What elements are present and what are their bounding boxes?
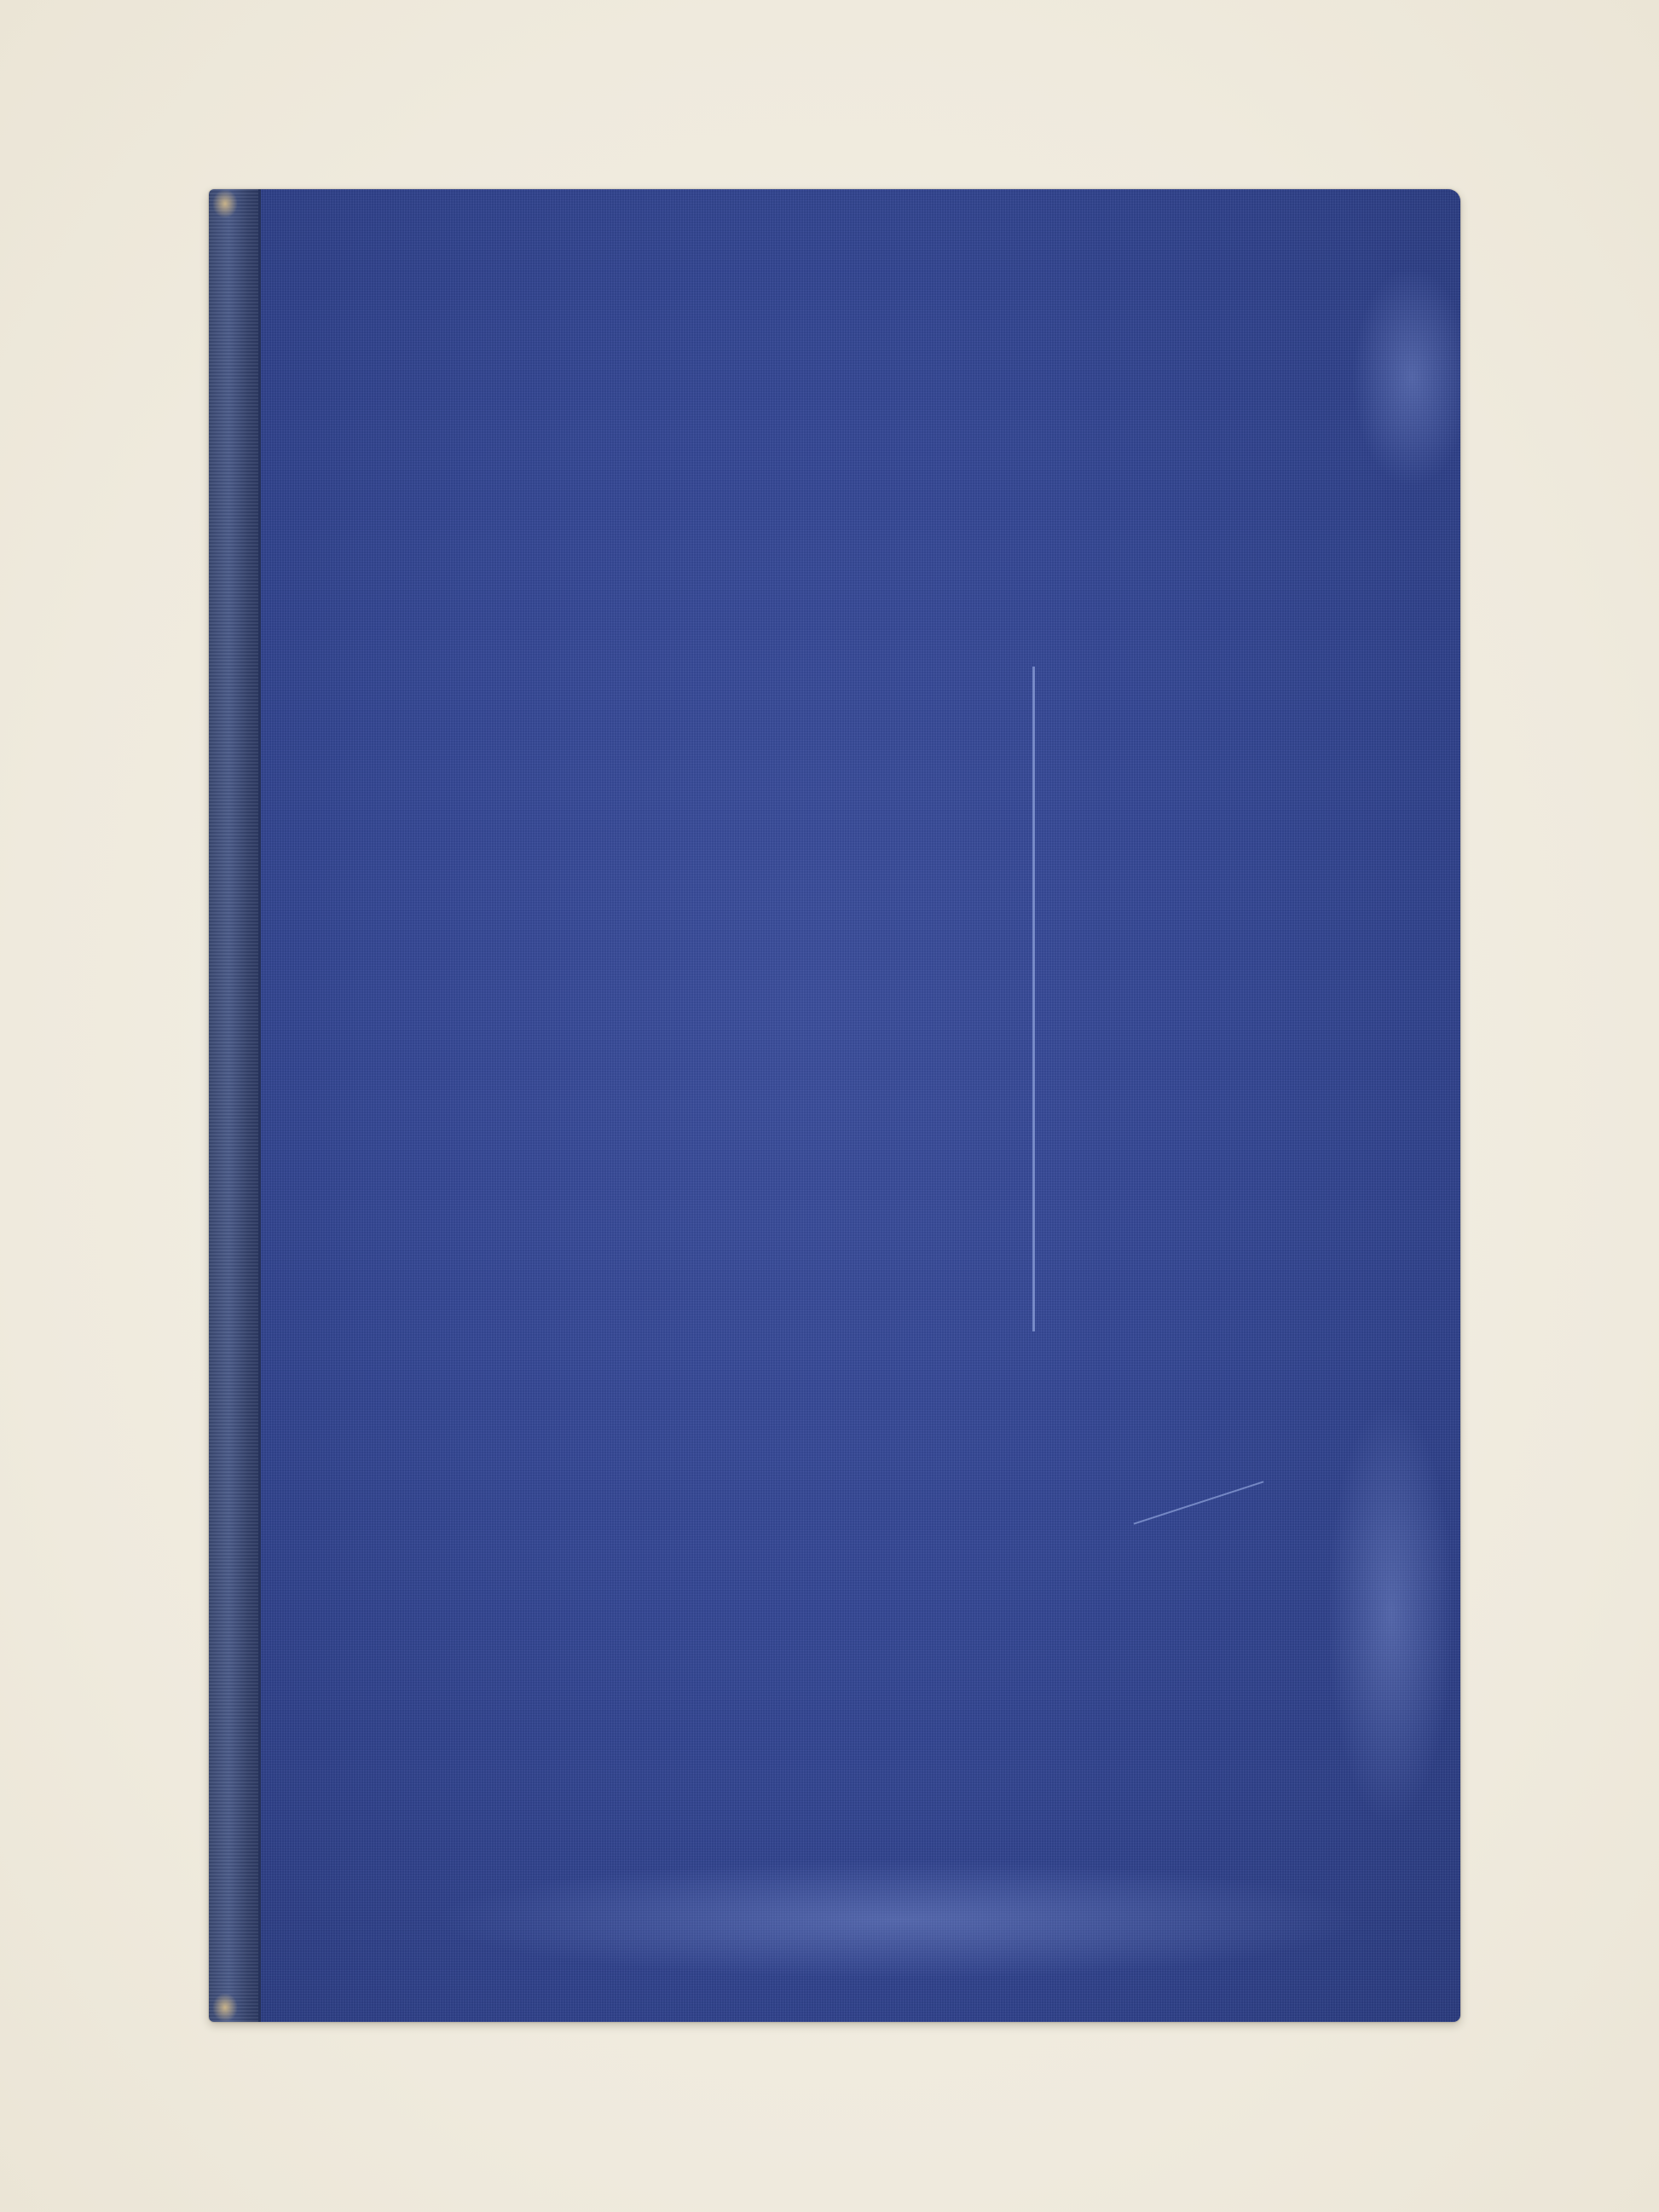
- spine-wear-top: [212, 189, 238, 218]
- cover-wear-mark: [1352, 266, 1460, 488]
- book: [209, 189, 1460, 2022]
- cover-wear-mark: [1327, 1400, 1454, 1826]
- cover-wear-mark: [431, 1860, 1369, 1979]
- spine-wear-bottom: [212, 1993, 238, 2022]
- cover-scratch: [1032, 667, 1035, 1331]
- cover-scratch: [1134, 1481, 1264, 1524]
- book-front-cover: [261, 189, 1460, 2022]
- book-spine-hinge: [209, 189, 261, 2022]
